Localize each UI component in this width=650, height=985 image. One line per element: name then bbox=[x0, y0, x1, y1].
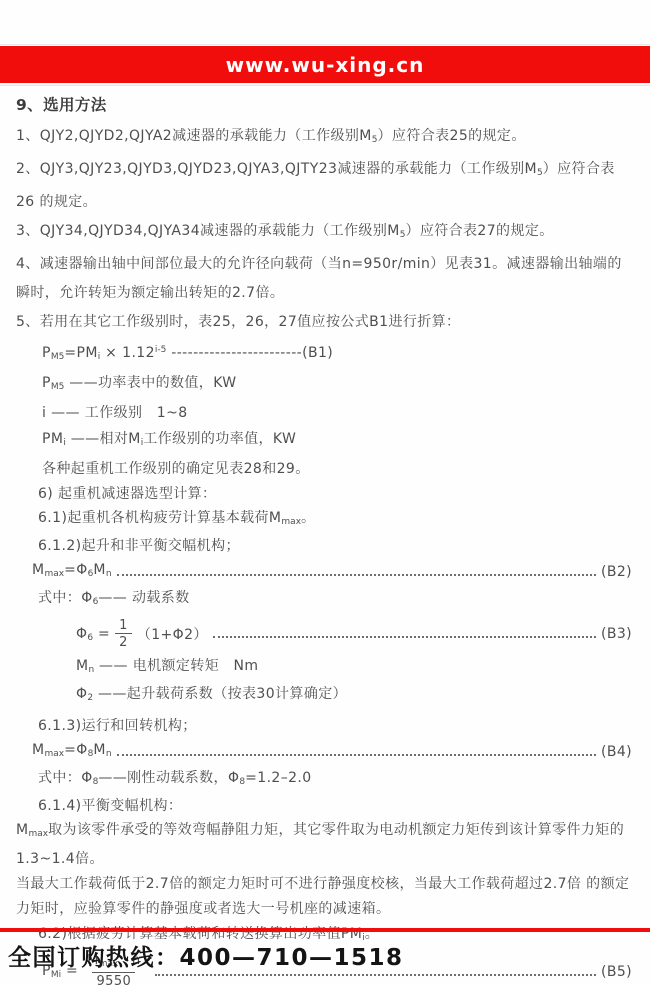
item-1: 1、QJY2,QJYD2,QJYA2减速器的承载能力（工作级别M5）应符合表25… bbox=[16, 122, 632, 155]
paragraph-overload-rule: 当最大工作载荷低于2.7倍的额定力矩时可不进行静强度校核，当最大工作载荷超过2.… bbox=[16, 872, 632, 922]
paragraph-mmax-rule: Mmax取为该零件承受的等效弯幅静阻力矩，其它零件取为电动机额定力矩传到该计算零… bbox=[16, 818, 632, 872]
section-6: 6) 起重机减速器选型计算： bbox=[16, 482, 632, 506]
fraction-denominator: 2 bbox=[115, 633, 132, 651]
dotted-leader bbox=[213, 636, 596, 638]
item-4: 4、减速器输出轴中间部位最大的允许径向载荷（当n=950r/min）见表31。减… bbox=[16, 250, 632, 308]
formula-b3-label: (B3) bbox=[601, 626, 632, 642]
note-duty-class-tables: 各种起重机工作级别的确定见表28和29。 bbox=[16, 456, 632, 482]
dotted-leader bbox=[117, 574, 596, 576]
section-6-1-2: 6.1.2)起升和非平衡交幅机构； bbox=[16, 534, 632, 558]
fraction-denominator: 9550 bbox=[92, 972, 135, 985]
item-3: 3、QJY34,QJYD34,QJYA34减速器的承载能力（工作级别M5）应符合… bbox=[16, 217, 632, 250]
formula-b2-label: (B2) bbox=[601, 560, 632, 584]
section-6-1-4: 6.1.4)平衡变幅机构： bbox=[16, 794, 632, 818]
item-5: 5、若用在其它工作级别时，表25，26，27值应按公式B1进行折算： bbox=[16, 308, 632, 337]
definition-phi2: Φ2 ——起升载荷系数（按表30计算确定） bbox=[16, 682, 632, 710]
section-6-1: 6.1)起重机各机构疲劳计算基本载荷Mmax。 bbox=[16, 506, 632, 534]
formula-b3: Φ6 = 1 2 （1+Φ2） (B3) bbox=[16, 617, 632, 651]
formula-b2: Mmax=Φ6Mn (B2) bbox=[16, 558, 632, 586]
section-6-1-3: 6.1.3)运行和回转机构； bbox=[16, 714, 632, 738]
formula-b2-expression: Mmax=Φ6Mn bbox=[32, 558, 112, 586]
dotted-leader bbox=[117, 754, 596, 756]
hotline-text: 全国订购热线：400—710—1518 bbox=[8, 939, 404, 972]
formula-b1: PM5=PMi × 1.12i-5 ----------------------… bbox=[16, 337, 632, 370]
where-clause-phi6: 式中：Φ6—— 动载系数 bbox=[16, 586, 632, 614]
dotted-leader bbox=[155, 974, 596, 976]
definition-pmi: PMi ——相对Mi工作级别的功率值，KW bbox=[16, 426, 632, 456]
header-band: www.wu-xing.cn bbox=[0, 46, 650, 83]
formula-b4-expression: Mmax=Φ8Mn bbox=[32, 738, 112, 766]
formula-b3-lhs: Φ6 = bbox=[76, 626, 110, 643]
divider-top bbox=[0, 44, 650, 45]
fraction-one-half: 1 2 bbox=[115, 618, 132, 651]
document-page: www.wu-xing.cn 9、选用方法 1、QJY2,QJYD2,QJYA2… bbox=[0, 0, 650, 985]
divider-below-band bbox=[0, 85, 650, 86]
formula-b3-rhs: （1+Φ2） bbox=[137, 624, 208, 644]
site-url: www.wu-xing.cn bbox=[226, 53, 425, 77]
formula-b5-label: (B5) bbox=[601, 964, 632, 980]
definition-i: i —— 工作级别 1~8 bbox=[16, 400, 632, 426]
footer-red-line bbox=[0, 928, 650, 932]
definition-pm5: PM5 ——功率表中的数值，KW bbox=[16, 370, 632, 400]
formula-b4-label: (B4) bbox=[601, 740, 632, 764]
definition-mn: Mn —— 电机额定转矩 Nm bbox=[16, 654, 632, 682]
formula-b4: Mmax=Φ8Mn (B4) bbox=[16, 738, 632, 766]
where-clause-phi8: 式中：Φ8——刚性动载系数，Φ8=1.2–2.0 bbox=[16, 766, 632, 794]
item-2: 2、QJY3,QJY23,QJYD3,QJYD23,QJYA3,QJTY23减速… bbox=[16, 155, 632, 217]
document-content: 9、选用方法 1、QJY2,QJYD2,QJYA2减速器的承载能力（工作级别M5… bbox=[16, 94, 632, 985]
section-heading: 9、选用方法 bbox=[16, 94, 632, 116]
fraction-numerator: 1 bbox=[115, 618, 132, 633]
